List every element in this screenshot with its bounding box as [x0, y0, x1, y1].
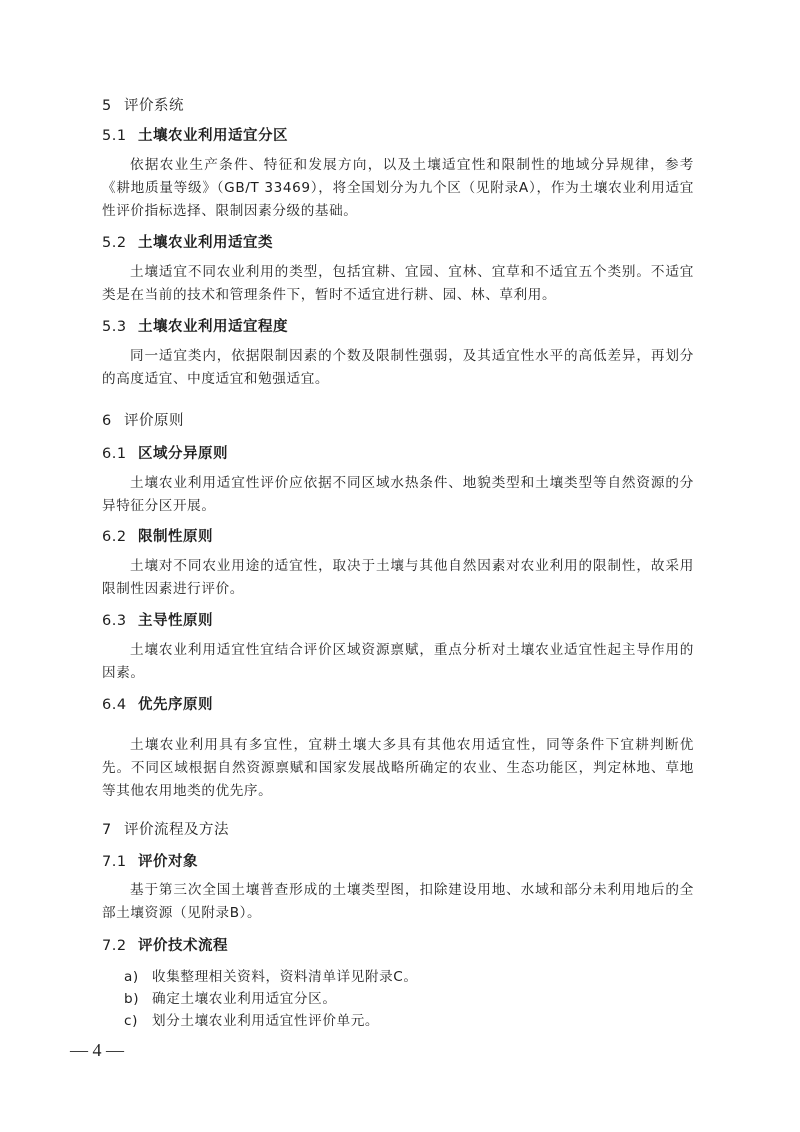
section-heading-7-2: 7.2评价技术流程	[102, 934, 694, 955]
list-item: a)收集整理相关资料，资料清单详见附录C。	[102, 966, 694, 988]
section-heading-5: 5评价系统	[102, 94, 694, 115]
section-heading-7-1: 7.1评价对象	[102, 850, 694, 871]
paragraph-5-2: 土壤适宜不同农业利用的类型，包括宜耕、宜园、宜林、宜草和不适宜五个类别。不适宜类…	[102, 261, 694, 307]
list-item: b)确定土壤农业利用适宜分区。	[102, 988, 694, 1010]
paragraph-6-3: 土壤农业利用适宜性宜结合评价区域资源禀赋，重点分析对土壤农业适宜性起主导作用的因…	[102, 639, 694, 685]
paragraph-7-1: 基于第三次全国土壤普查形成的土壤类型图，扣除建设用地、水域和部分未利用地后的全部…	[102, 879, 694, 925]
section-heading-6-4: 6.4优先序原则	[102, 693, 694, 714]
process-list: a)收集整理相关资料，资料清单详见附录C。 b)确定土壤农业利用适宜分区。 c)…	[102, 966, 694, 1032]
section-heading-5-2: 5.2土壤农业利用适宜类	[102, 231, 694, 252]
page-number: — 4 —	[70, 1040, 124, 1061]
list-item: c)划分土壤农业利用适宜性评价单元。	[102, 1010, 694, 1032]
paragraph-5-3: 同一适宜类内，依据限制因素的个数及限制性强弱，及其适宜性水平的高低差异，再划分的…	[102, 345, 694, 391]
paragraph-6-4: 土壤农业利用具有多宜性，宜耕土壤大多具有其他农用适宜性，同等条件下宜耕判断优先。…	[102, 734, 694, 803]
paragraph-6-1: 土壤农业利用适宜性评价应依据不同区域水热条件、地貌类型和土壤类型等自然资源的分异…	[102, 472, 694, 518]
document-page: 5评价系统 5.1土壤农业利用适宜分区 依据农业生产条件、特征和发展方向，以及土…	[0, 0, 800, 1132]
section-heading-6: 6评价原则	[102, 409, 694, 430]
section-heading-5-3: 5.3土壤农业利用适宜程度	[102, 315, 694, 336]
section-heading-7: 7评价流程及方法	[102, 818, 694, 839]
section-heading-5-1: 5.1土壤农业利用适宜分区	[102, 124, 694, 145]
paragraph-5-1: 依据农业生产条件、特征和发展方向，以及土壤适宜性和限制性的地域分异规律，参考《耕…	[102, 154, 694, 223]
section-heading-6-3: 6.3主导性原则	[102, 609, 694, 630]
section-heading-6-1: 6.1区域分异原则	[102, 442, 694, 463]
paragraph-6-2: 土壤对不同农业用途的适宜性，取决于土壤与其他自然因素对农业利用的限制性，故采用限…	[102, 555, 694, 601]
section-heading-6-2: 6.2限制性原则	[102, 525, 694, 546]
